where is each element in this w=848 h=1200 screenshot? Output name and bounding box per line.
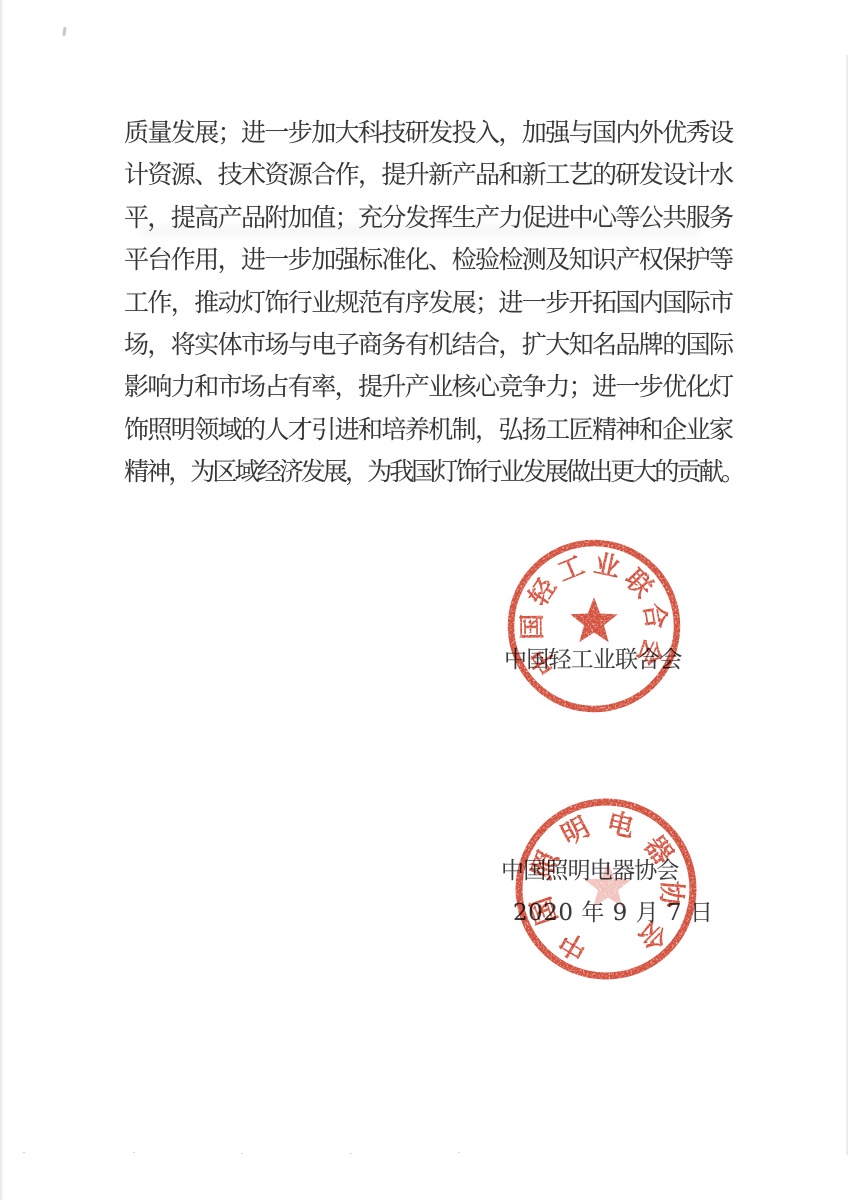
scanned-document-page: 质量发展；进一步加大科技研发投入，加强与国内外优秀设 计资源、技术资源合作，提升… <box>0 0 848 1200</box>
text-line: 精神，为区域经济发展，为我国灯饰行业发展做出更大的贡献。 <box>124 451 764 493</box>
body-text: 质量发展；进一步加大科技研发投入，加强与国内外优秀设 计资源、技术资源合作，提升… <box>124 112 764 494</box>
star-icon <box>570 597 618 642</box>
text-line: 工作，推动灯饰行业规范有序发展；进一步开拓国内国际市 <box>124 282 764 324</box>
text-line: 场，将实体市场与电子商务有机结合，扩大知名品牌的国际 <box>124 324 764 366</box>
text-line: 影响力和市场占有率，提升产业核心竞争力；进一步优化灯 <box>124 366 764 408</box>
seal-arc-char: 电 <box>604 808 637 844</box>
seal-arc-char: 国 <box>518 614 548 640</box>
seal-arc-char: 合 <box>637 601 672 632</box>
star-icon <box>584 862 632 907</box>
seal-arc-char: 会 <box>630 634 668 670</box>
scan-speck-mark <box>62 27 66 36</box>
text-line: 饰照明领域的人才引进和培养机制，弘扬工匠精神和企业家 <box>124 409 764 451</box>
text-line: 平，提高产品附加值；充分发挥生产力促进中心等公共服务 <box>124 197 764 239</box>
seal-arc-char: 业 <box>591 549 623 584</box>
official-seal-light-industry: 中国轻工业联合会 <box>499 531 689 721</box>
seal-arc-char: 协 <box>654 879 687 909</box>
scan-edge-left-artifact <box>0 0 4 1200</box>
seal-arc-char: 工 <box>553 551 588 589</box>
official-seal-lighting-association: 中国照明电器协会 <box>507 790 705 988</box>
seal-arc-char: 照 <box>526 846 565 883</box>
text-line: 平台作用，进一步加强标准化、检验检测及知识产权保护等 <box>124 239 764 281</box>
scan-specks-row <box>23 1152 25 1153</box>
seal-arc-char: 国 <box>526 893 564 929</box>
text-line: 质量发展；进一步加大科技研发投入，加强与国内外优秀设 <box>124 112 764 154</box>
text-line: 计资源、技术资源合作，提升新产品和新工艺的研发设计水 <box>124 154 764 196</box>
